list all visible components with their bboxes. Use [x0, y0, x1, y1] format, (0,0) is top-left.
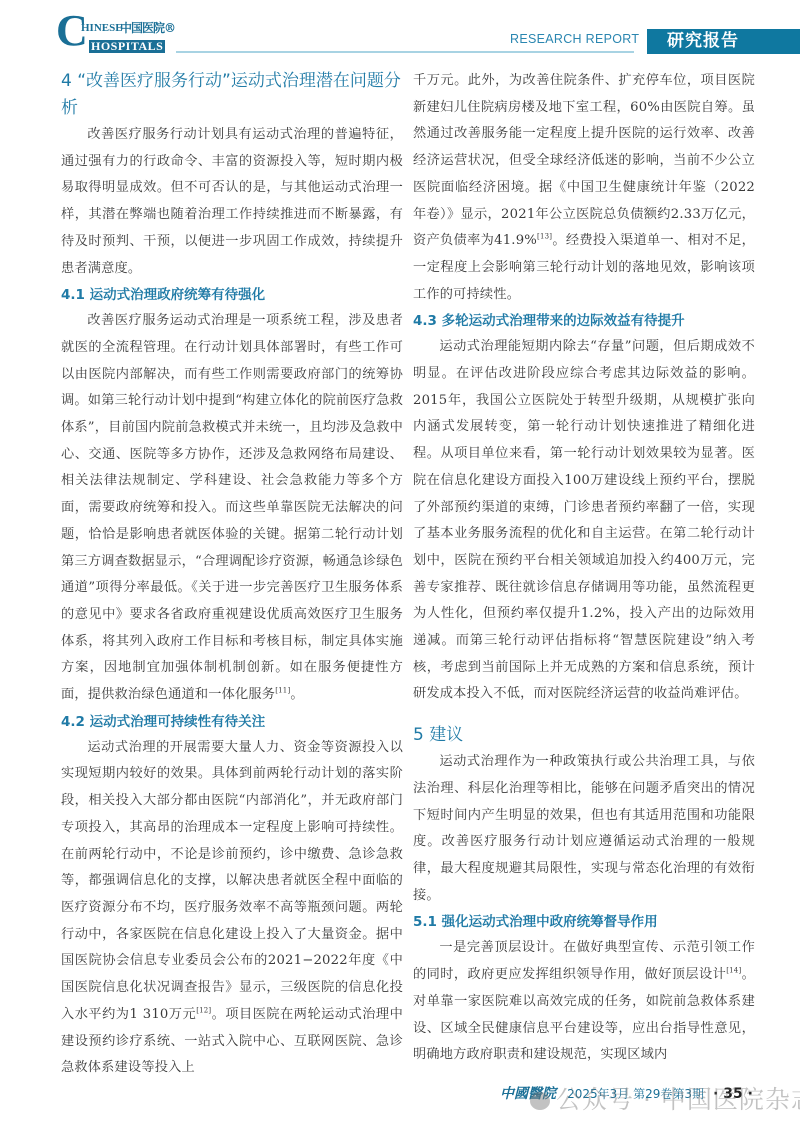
section-5-paragraph: 运动式治理作为一种政策执行或公共治理工具，与依法治理、科层化治理等相比，能够在问…: [413, 749, 755, 909]
section-4-3-heading: 4.3 多轮运动式治理带来的边际效益有待提升: [413, 308, 755, 334]
paragraph-text-end: 。: [290, 687, 303, 702]
chinese-hospitals-logo: C HINESE 中国医院® HOSPITALS: [56, 13, 176, 53]
section-4-3-paragraph: 运动式治理能短期内除去“存量”问题，但后期成效不明显。在评估改进阶段应综合考虑其…: [413, 334, 755, 708]
logo-line1-cn: 中国医院®: [120, 19, 175, 36]
section-5-1-paragraph: 一是完善顶层设计。在做好典型宣传、示范引领工作的同时，政府更应发挥组织领导作用，…: [413, 935, 755, 1069]
citation-ref: [14]: [726, 967, 741, 975]
section-4-heading: 4 “改善医疗服务行动”运动式治理潜在问题分析: [61, 68, 403, 122]
paragraph-text: 运动式治理的开展需要大量人力、资金等资源投入以实现短期内较好的效果。具体到前两轮…: [61, 740, 403, 1022]
logo-line1-latin: HINESE: [81, 22, 123, 34]
watermark-text: 公众号 · 中国医院杂志: [556, 1085, 800, 1114]
header-divider: [176, 51, 634, 53]
section-4-2-paragraph: 运动式治理的开展需要大量人力、资金等资源投入以实现短期内较好的效果。具体到前两轮…: [61, 735, 403, 1082]
section-4-paragraph: 改善医疗服务行动计划具有运动式治理的普遍特征，通过强有力的行政命令、丰富的资源投…: [61, 122, 403, 282]
paragraph-text: 一是完善顶层设计。在做好典型宣传、示范引领工作的同时，政府更应发挥组织领导作用，…: [413, 940, 755, 982]
citation-ref: [12]: [196, 1006, 211, 1014]
paragraph-text: 改善医疗服务运动式治理是一项系统工程，涉及患者就医的全流程管理。在行动计划具体部…: [61, 313, 403, 702]
citation-ref: [13]: [537, 233, 552, 241]
section-4-1-paragraph: 改善医疗服务运动式治理是一项系统工程，涉及患者就医的全流程管理。在行动计划具体部…: [61, 308, 403, 709]
wechat-watermark: 公众号 · 中国医院杂志: [530, 1080, 800, 1116]
section-4-2-paragraph-continued: 千万元。此外，为改善住院条件、扩充停车位，项目医院新建妇儿住院病房楼及地下室工程…: [413, 68, 755, 308]
logo-line2: HOSPITALS: [89, 40, 165, 53]
wechat-icon: [530, 1092, 550, 1110]
paragraph-text: 千万元。此外，为改善住院条件、扩充停车位，项目医院新建妇儿住院病房楼及地下室工程…: [413, 73, 755, 248]
page-header: C HINESE 中国医院® HOSPITALS RESEARCH REPORT…: [0, 0, 800, 60]
section-tag: 研究报告: [647, 29, 800, 54]
citation-ref: [11]: [275, 687, 290, 695]
section-4-1-heading: 4.1 运动式治理政府统筹有待强化: [61, 282, 403, 308]
section-4-2-heading: 4.2 运动式治理可持续性有待关注: [61, 709, 403, 735]
section-5-heading: 5 建议: [413, 722, 755, 749]
section-5-1-heading: 5.1 强化运动式治理中政府统筹督导作用: [413, 909, 755, 935]
right-column: 千万元。此外，为改善住院条件、扩充停车位，项目医院新建妇儿住院病房楼及地下室工程…: [413, 68, 755, 1069]
research-report-label: RESEARCH REPORT: [510, 32, 639, 46]
left-column: 4 “改善医疗服务行动”运动式治理潜在问题分析 改善医疗服务行动计划具有运动式治…: [61, 68, 403, 1082]
